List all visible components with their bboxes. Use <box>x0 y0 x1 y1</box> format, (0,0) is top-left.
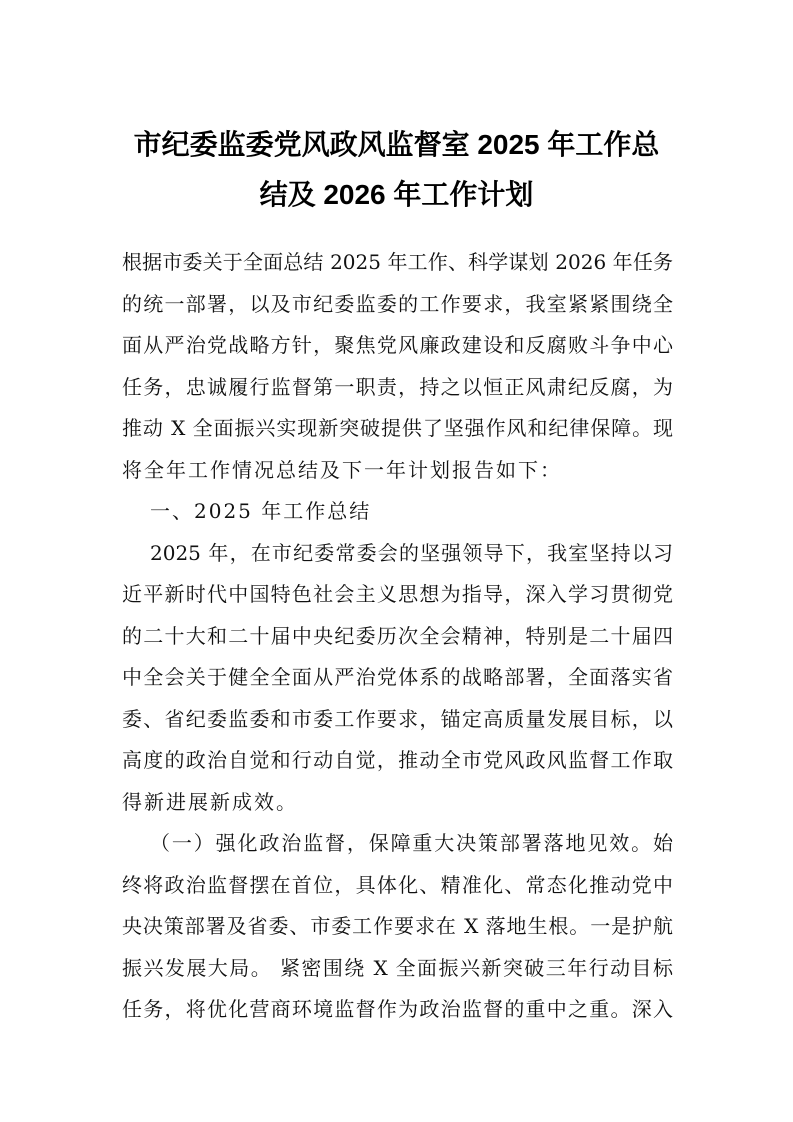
document-page: 市纪委监委党风政风监督室 2025 年工作总 结及 2026 年工作计划 根据市… <box>0 0 793 1122</box>
title-line: 市纪委监委党风政风监督室 2025 年工作总 <box>0 120 793 170</box>
political-supervision-paragraph: （一）强化政治监督，保障重大决策部署落地见效。始 终将政治监督摆在首位，具体化、… <box>122 823 673 1031</box>
text-line: 任务，忠诚履行监督第一职责，持之以恒正风肃纪反腐，为 <box>122 367 673 409</box>
text-line: 中全会关于健全全面从严治党体系的战略部署，全面落实省 <box>122 657 673 699</box>
text-line: 近平新时代中国特色社会主义思想为指导，深入学习贯彻党 <box>122 574 673 616</box>
text-line: 将全年工作情况总结及下一年计划报告如下： <box>122 450 673 492</box>
text-line: 央决策部署及省委、市委工作要求在 X 落地生根。一是护航 <box>122 906 673 948</box>
text-line: 根据市委关于全面总结 2025 年工作、科学谋划 2026 年任务 <box>122 242 673 284</box>
section-heading-text: 一、2025 年工作总结 <box>122 491 673 533</box>
text-line: 高度的政治自觉和行动自觉，推动全市党风政风监督工作取 <box>122 740 673 782</box>
title-line: 结及 2026 年工作计划 <box>0 170 793 220</box>
document-body: 根据市委关于全面总结 2025 年工作、科学谋划 2026 年任务 的统一部署，… <box>122 242 673 1031</box>
text-line: （一）强化政治监督，保障重大决策部署落地见效。始 <box>122 823 673 865</box>
text-line: 终将政治监督摆在首位，具体化、精准化、常态化推动党中 <box>122 865 673 907</box>
intro-paragraph: 根据市委关于全面总结 2025 年工作、科学谋划 2026 年任务 的统一部署，… <box>122 242 673 491</box>
text-line: 2025 年，在市纪委常委会的坚强领导下，我室坚持以习 <box>122 533 673 575</box>
text-line: 任务，将优化营商环境监督作为政治监督的重中之重。深入 <box>122 989 673 1031</box>
text-line: 推动 X 全面振兴实现新突破提供了坚强作风和纪律保障。现 <box>122 408 673 450</box>
text-line: 得新进展新成效。 <box>122 782 673 824</box>
text-line: 的统一部署，以及市纪委监委的工作要求，我室紧紧围绕全 <box>122 284 673 326</box>
summary-paragraph: 2025 年，在市纪委常委会的坚强领导下，我室坚持以习 近平新时代中国特色社会主… <box>122 533 673 824</box>
section-heading: 一、2025 年工作总结 <box>122 491 673 533</box>
text-line: 面从严治党战略方针，聚焦党风廉政建设和反腐败斗争中心 <box>122 325 673 367</box>
document-title: 市纪委监委党风政风监督室 2025 年工作总 结及 2026 年工作计划 <box>0 120 793 220</box>
text-line: 的二十大和二十届中央纪委历次全会精神，特别是二十届四 <box>122 616 673 658</box>
text-line: 委、省纪委监委和市委工作要求，锚定高质量发展目标，以 <box>122 699 673 741</box>
text-line: 振兴发展大局。 紧密围绕 X 全面振兴新突破三年行动目标 <box>122 948 673 990</box>
